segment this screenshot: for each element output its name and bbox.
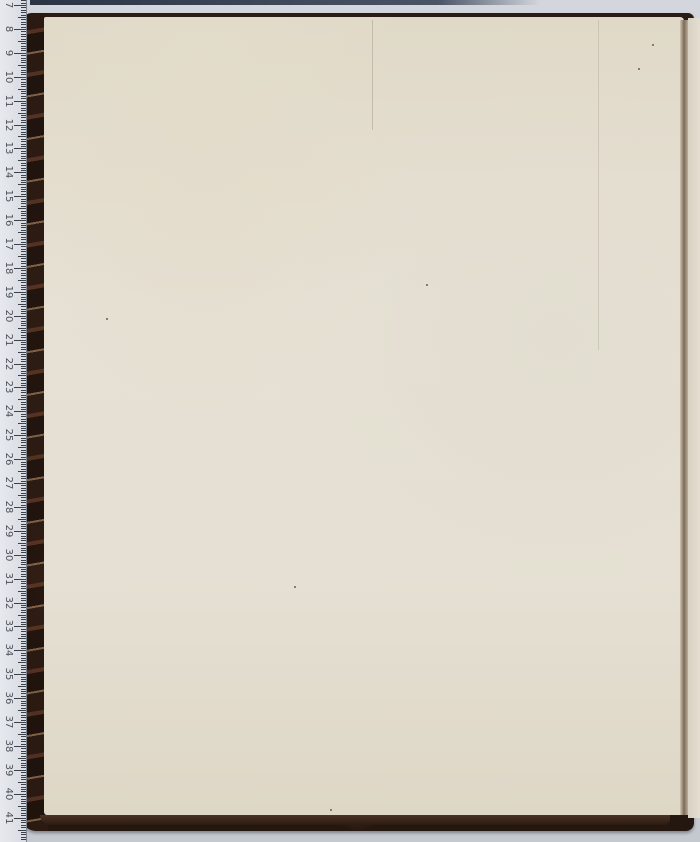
ruler-label: 21 [3, 333, 13, 347]
ruler-tick [21, 335, 26, 336]
ruler-tick [21, 110, 26, 111]
ruler-tick [21, 801, 26, 802]
ruler-tick [14, 29, 26, 30]
ruler-tick [14, 770, 26, 771]
ruler-tick [21, 361, 26, 362]
ruler-tick [21, 672, 26, 673]
ruler-tick [21, 55, 26, 56]
ruler-tick [21, 729, 26, 730]
ruler-label: 19 [3, 285, 13, 299]
ruler-tick [21, 715, 26, 716]
ruler-tick [21, 548, 26, 549]
ruler-label: 9 [3, 46, 13, 60]
ruler-tick [21, 115, 26, 116]
ruler-tick [14, 5, 26, 6]
ruler-tick [21, 371, 26, 372]
paper-speck [638, 68, 640, 70]
ruler-tick [21, 438, 26, 439]
ruler-tick [21, 478, 26, 479]
ruler-tick [21, 643, 26, 644]
ruler-tick [21, 79, 26, 80]
ruler-tick [18, 208, 26, 209]
ruler-tick [21, 689, 26, 690]
ruler-tick [18, 423, 26, 424]
ruler-tick [21, 39, 26, 40]
ruler-tick [21, 249, 26, 250]
ruler-tick [21, 600, 26, 601]
ruler-tick [21, 779, 26, 780]
ruler-tick [21, 82, 26, 83]
ruler-tick [21, 43, 26, 44]
ruler-tick [21, 634, 26, 635]
ruler-tick [21, 86, 26, 87]
ruler-tick [21, 58, 26, 59]
ruler-tick [21, 258, 26, 259]
ruler-tick [21, 612, 26, 613]
ruler-tick [21, 48, 26, 49]
ruler-tick [21, 641, 26, 642]
ruler-tick [21, 60, 26, 61]
ruler-tick [21, 679, 26, 680]
ruler-tick [21, 146, 26, 147]
ruler-tick [21, 282, 26, 283]
ruler-tick [21, 230, 26, 231]
ruler-tick [21, 820, 26, 821]
ruler-label: 34 [3, 643, 13, 657]
ruler-tick [21, 213, 26, 214]
ruler-tick [21, 215, 26, 216]
ruler-tick [21, 356, 26, 357]
ruler-tick [14, 674, 26, 675]
ruler-tick [18, 41, 26, 42]
ruler-tick [21, 132, 26, 133]
ruler-tick [21, 426, 26, 427]
ruler-tick [21, 332, 26, 333]
ruler-tick [21, 392, 26, 393]
ruler-label: 33 [3, 619, 13, 633]
ruler-tick [21, 803, 26, 804]
ruler-tick [21, 261, 26, 262]
ruler-label: 11 [3, 94, 13, 108]
ruler-tick [21, 187, 26, 188]
ruler-tick [21, 705, 26, 706]
ruler-tick [21, 469, 26, 470]
ruler-label: 40 [3, 787, 13, 801]
ruler-tick [21, 191, 26, 192]
ruler-tick [21, 275, 26, 276]
ruler-tick [21, 15, 26, 16]
ruler-tick [21, 636, 26, 637]
ruler-tick [21, 105, 26, 106]
ruler-tick [21, 488, 26, 489]
ruler-tick [21, 433, 26, 434]
ruler-tick [21, 607, 26, 608]
ruler-tick [21, 72, 26, 73]
ruler-tick [18, 304, 26, 305]
ruler-tick [21, 791, 26, 792]
ruler-tick [21, 517, 26, 518]
ruler-tick [21, 669, 26, 670]
ruler-tick [21, 834, 26, 835]
ruler-tick [21, 96, 26, 97]
ruler-tick [14, 53, 26, 54]
ruler-tick [21, 428, 26, 429]
ruler-tick [14, 340, 26, 341]
ruler-tick [21, 153, 26, 154]
scanner-lid-shadow [30, 0, 540, 5]
ruler-tick [18, 328, 26, 329]
ruler-tick [21, 777, 26, 778]
ruler-tick [21, 301, 26, 302]
ruler-tick [21, 760, 26, 761]
ruler-tick [21, 744, 26, 745]
ruler-tick [21, 366, 26, 367]
ruler-tick [21, 313, 26, 314]
ruler-tick [18, 89, 26, 90]
cover-bottom-edge [40, 815, 670, 825]
ruler-tick [21, 342, 26, 343]
ruler-tick [21, 218, 26, 219]
ruler-tick [14, 364, 26, 365]
ruler-tick [21, 822, 26, 823]
ruler-tick [21, 285, 26, 286]
ruler-tick [21, 622, 26, 623]
ruler-tick [14, 77, 26, 78]
ruler-label: 30 [3, 548, 13, 562]
ruler-tick [21, 3, 26, 4]
ruler-tick [21, 457, 26, 458]
ruler-tick [21, 36, 26, 37]
ruler-tick [18, 806, 26, 807]
ruler-label: 37 [3, 715, 13, 729]
ruler-tick [21, 464, 26, 465]
ruler-tick [21, 741, 26, 742]
ruler-tick [21, 156, 26, 157]
paper-crease [372, 20, 373, 130]
ruler-label: 31 [3, 572, 13, 586]
ruler-tick [21, 407, 26, 408]
ruler-tick [14, 459, 26, 460]
ruler-tick [21, 223, 26, 224]
ruler-tick [21, 227, 26, 228]
ruler-tick [21, 521, 26, 522]
ruler-tick [21, 538, 26, 539]
ruler-tick [21, 571, 26, 572]
ruler-tick [21, 701, 26, 702]
ruler-tick [21, 473, 26, 474]
ruler-tick [21, 476, 26, 477]
ruler-tick [21, 497, 26, 498]
ruler-tick [21, 598, 26, 599]
ruler-tick [18, 17, 26, 18]
ruler-tick [18, 65, 26, 66]
ruler-tick [18, 519, 26, 520]
ruler-tick [21, 263, 26, 264]
ruler-tick [21, 617, 26, 618]
ruler-tick [18, 160, 26, 161]
ruler-tick [21, 562, 26, 563]
ruler-tick [21, 325, 26, 326]
ruler-tick [21, 658, 26, 659]
ruler-tick [14, 316, 26, 317]
ruler-tick [21, 839, 26, 840]
ruler-tick [21, 576, 26, 577]
ruler-tick [21, 380, 26, 381]
ruler-tick [14, 411, 26, 412]
paper-speck [294, 586, 296, 588]
ruler-tick [14, 579, 26, 580]
ruler-tick [21, 586, 26, 587]
ruler-tick [21, 509, 26, 510]
ruler-tick [21, 321, 26, 322]
ruler-tick [21, 127, 26, 128]
ruler-tick [21, 239, 26, 240]
ruler-tick [21, 144, 26, 145]
ruler-tick [18, 830, 26, 831]
ruler-tick [21, 203, 26, 204]
ruler-label: 35 [3, 667, 13, 681]
ruler-tick [14, 268, 26, 269]
ruler-tick [21, 373, 26, 374]
ruler-tick [18, 280, 26, 281]
ruler-label: 17 [3, 237, 13, 251]
ruler-tick [21, 409, 26, 410]
ruler-tick [21, 528, 26, 529]
ruler-tick [21, 629, 26, 630]
ruler-label: 39 [3, 763, 13, 777]
ruler-tick [14, 172, 26, 173]
ruler-tick [21, 665, 26, 666]
ruler-tick [21, 170, 26, 171]
ruler-tick [21, 297, 26, 298]
ruler-tick [18, 782, 26, 783]
ruler-tick [21, 696, 26, 697]
ruler-tick [14, 244, 26, 245]
ruler-tick [21, 70, 26, 71]
ruler-tick [21, 466, 26, 467]
ruler-tick [21, 395, 26, 396]
ruler-tick [21, 177, 26, 178]
ruler-tick [21, 787, 26, 788]
ruler-label: 16 [3, 213, 13, 227]
ruler-tick [21, 450, 26, 451]
ruler-tick [21, 311, 26, 312]
ruler-tick [21, 237, 26, 238]
ruler-tick [21, 753, 26, 754]
ruler-tick [21, 31, 26, 32]
ruler-tick [21, 46, 26, 47]
ruler-label: 12 [3, 118, 13, 132]
ruler-tick [21, 772, 26, 773]
ruler-tick [21, 832, 26, 833]
ruler-label: 20 [3, 309, 13, 323]
ruler-tick [18, 399, 26, 400]
ruler-tick [21, 270, 26, 271]
ruler-tick [18, 758, 26, 759]
ruler-label: 27 [3, 476, 13, 490]
ruler-tick [21, 588, 26, 589]
ruler-tick [21, 724, 26, 725]
ruler-tick [14, 603, 26, 604]
ruler-tick [14, 483, 26, 484]
facing-page-edge [688, 18, 700, 818]
ruler-tick [21, 536, 26, 537]
blank-page [44, 17, 684, 815]
ruler-tick [21, 684, 26, 685]
ruler-tick [21, 767, 26, 768]
ruler-tick [21, 141, 26, 142]
ruler-tick [21, 225, 26, 226]
ruler-tick [21, 581, 26, 582]
ruler-tick [14, 435, 26, 436]
ruler-tick [21, 129, 26, 130]
ruler-tick [14, 794, 26, 795]
ruler-tick [21, 199, 26, 200]
ruler-tick [21, 667, 26, 668]
ruler-tick [14, 292, 26, 293]
ruler-tick [21, 717, 26, 718]
ruler-tick [21, 775, 26, 776]
ruler-tick [21, 493, 26, 494]
ruler-tick [21, 414, 26, 415]
ruler-tick [21, 526, 26, 527]
ruler-tick [21, 505, 26, 506]
ruler-tick [21, 500, 26, 501]
ruler-tick [21, 27, 26, 28]
ruler-tick [21, 103, 26, 104]
ruler-tick [21, 481, 26, 482]
ruler-tick [21, 134, 26, 135]
ruler-tick [21, 789, 26, 790]
ruler-tick [21, 708, 26, 709]
ruler-tick [21, 810, 26, 811]
ruler-tick [21, 837, 26, 838]
ruler-tick [21, 808, 26, 809]
ruler-tick [21, 813, 26, 814]
ruler-tick [21, 289, 26, 290]
ruler-tick [21, 349, 26, 350]
ruler-tick [21, 273, 26, 274]
ruler-tick [18, 662, 26, 663]
ruler-tick [21, 10, 26, 11]
ruler-label: 14 [3, 165, 13, 179]
ruler-tick [21, 34, 26, 35]
ruler-tick [21, 445, 26, 446]
ruler-tick [21, 359, 26, 360]
ruler-tick [21, 574, 26, 575]
ruler-tick [21, 24, 26, 25]
ruler-tick [14, 626, 26, 627]
ruler-tick [18, 471, 26, 472]
ruler-label: 7 [3, 0, 13, 12]
ruler-tick [21, 545, 26, 546]
ruler-tick [21, 681, 26, 682]
ruler-tick [21, 564, 26, 565]
ruler-tick [21, 748, 26, 749]
ruler-tick [21, 462, 26, 463]
ruler-tick [21, 827, 26, 828]
paper-speck [426, 284, 428, 286]
ruler-tick [21, 512, 26, 513]
ruler-tick [14, 650, 26, 651]
ruler-tick [21, 287, 26, 288]
ruler-tick [21, 421, 26, 422]
ruler-label: 28 [3, 500, 13, 514]
ruler-label: 32 [3, 596, 13, 610]
ruler-tick [18, 375, 26, 376]
ruler-tick [14, 507, 26, 508]
ruler-tick [21, 318, 26, 319]
ruler-tick [21, 98, 26, 99]
ruler-tick [21, 452, 26, 453]
ruler-tick [21, 490, 26, 491]
ruler-label: 25 [3, 428, 13, 442]
ruler-tick [14, 387, 26, 388]
ruler-tick [21, 732, 26, 733]
ruler-tick [21, 440, 26, 441]
ruler-tick [18, 256, 26, 257]
ruler-tick [18, 591, 26, 592]
ruler-tick [21, 323, 26, 324]
ruler-tick [21, 691, 26, 692]
ruler-label: 36 [3, 691, 13, 705]
ruler-tick [21, 485, 26, 486]
ruler-tick [21, 631, 26, 632]
ruler-tick [21, 693, 26, 694]
ruler-tick [21, 540, 26, 541]
ruler-label: 10 [3, 70, 13, 84]
ruler-tick [21, 825, 26, 826]
ruler-tick [21, 660, 26, 661]
ruler-tick [21, 108, 26, 109]
ruler-tick [21, 168, 26, 169]
ruler-tick [21, 677, 26, 678]
ruler-tick [21, 385, 26, 386]
ruler-tick [21, 139, 26, 140]
ruler-tick [21, 354, 26, 355]
ruler-tick [21, 84, 26, 85]
ruler-tick [21, 610, 26, 611]
ruler-tick [21, 201, 26, 202]
ruler-tick [21, 91, 26, 92]
ruler-tick [21, 62, 26, 63]
ruler-tick [21, 175, 26, 176]
ruler-tick [21, 93, 26, 94]
ruler-tick [21, 74, 26, 75]
ruler-tick [21, 454, 26, 455]
ruler-tick [21, 254, 26, 255]
ruler-tick [21, 194, 26, 195]
ruler-tick [21, 330, 26, 331]
ruler-label: 15 [3, 189, 13, 203]
ruler-label: 38 [3, 739, 13, 753]
ruler-tick [21, 646, 26, 647]
ruler-tick [21, 206, 26, 207]
ruler-tick [21, 763, 26, 764]
ruler-tick [21, 234, 26, 235]
paper-speck [106, 318, 108, 320]
ruler-tick [18, 136, 26, 137]
ruler-tick [21, 736, 26, 737]
ruler-label: 22 [3, 357, 13, 371]
ruler-tick [21, 122, 26, 123]
ruler-tick [21, 378, 26, 379]
ruler-tick [18, 615, 26, 616]
ruler-tick [21, 605, 26, 606]
ruler-tick [21, 404, 26, 405]
page-gutter-edge [680, 20, 688, 815]
ruler-tick [21, 19, 26, 20]
